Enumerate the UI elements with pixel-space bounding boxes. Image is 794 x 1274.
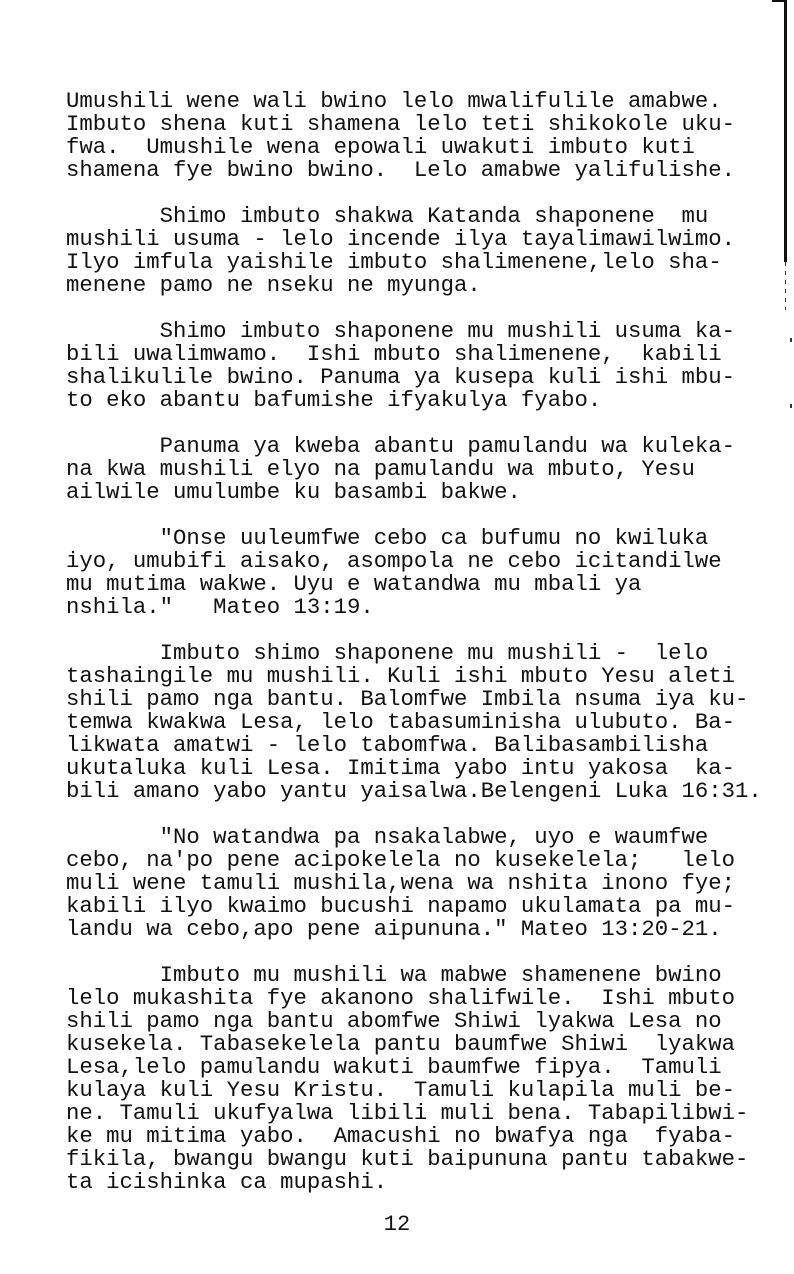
text-line: shamena fye bwino bwino. Lelo amabwe yal… [66,159,766,182]
text-line: Imbuto shimo shaponene mu mushili - lelo [66,642,766,665]
text-line: kusekela. Tabasekelela pantu baumfwe Shi… [66,1033,766,1056]
text-line: Umushili wene wali bwino lelo mwalifulil… [66,90,766,113]
text-line: na kwa mushili elyo na pamulandu wa mbut… [66,458,766,481]
text-line: to eko abantu bafumishe ifyakulya fyabo. [66,389,766,412]
page-edge-line [784,0,787,262]
text-line: muli wene tamuli mushila,wena wa nshita … [66,872,766,895]
text-line: Panuma ya kweba abantu pamulandu wa kule… [66,435,766,458]
paragraph: Shimo imbuto shaponene mu mushili usuma … [66,320,766,412]
text-line: menene pamo ne nseku ne myunga. [66,274,766,297]
text-line: ailwile umulumbe ku basambi bakwe. [66,481,766,504]
text-line: Imbuto shena kuti shamena lelo teti shik… [66,113,766,136]
text-line: lelo mukashita fye akanono shalifwile. I… [66,987,766,1010]
text-line: ke mu mitima yabo. Amacushi no bwafya ng… [66,1125,766,1148]
text-line: ukutaluka kuli Lesa. Imitima yabo intu y… [66,757,766,780]
text-line: "No watandwa pa nsakalabwe, uyo e waumfw… [66,826,766,849]
text-line: kulaya kuli Yesu Kristu. Tamuli kulapila… [66,1079,766,1102]
text-line: shili pamo nga bantu. Balomfwe Imbila ns… [66,688,766,711]
text-line: cebo, na'po pene acipokelela no kusekele… [66,849,766,872]
margin-mark [790,404,792,408]
paragraph: Imbuto mu mushili wa mabwe shamenene bwi… [66,964,766,1194]
text-line: iyo, umubifi aisako, asompola ne cebo ic… [66,550,766,573]
text-line: shili pamo nga bantu abomfwe Shiwi lyakw… [66,1010,766,1033]
text-line: shalikulile bwino. Panuma ya kusepa kuli… [66,366,766,389]
text-line: ne. Tamuli ukufyalwa libili muli bena. T… [66,1102,766,1125]
text-line: likwata amatwi - lelo tabomfwa. Balibasa… [66,734,766,757]
text-line: Imbuto mu mushili wa mabwe shamenene bwi… [66,964,766,987]
text-line: mu mutima wakwe. Uyu e watandwa mu mbali… [66,573,766,596]
paragraph: Umushili wene wali bwino lelo mwalifulil… [66,90,766,182]
page-body: Umushili wene wali bwino lelo mwalifulil… [66,90,766,1217]
page-edge-fade [785,262,786,310]
text-line: "Onse uuleumfwe cebo ca bufumu no kwiluk… [66,527,766,550]
text-line: landu wa cebo,apo pene aipununa." Mateo … [66,918,766,941]
paragraph: "Onse uuleumfwe cebo ca bufumu no kwiluk… [66,527,766,619]
text-line: bili uwalimwamo. Ishi mbuto shalimenene,… [66,343,766,366]
text-line: temwa kwakwa Lesa, lelo tabasuminisha ul… [66,711,766,734]
text-line: Lesa,lelo pamulandu wakuti baumfwe fipya… [66,1056,766,1079]
text-line: fikila, bwangu bwangu kuti baipununa pan… [66,1148,766,1171]
page-edge-tick [772,0,786,2]
text-line: kabili ilyo kwaimo bucushi napamo ukulam… [66,895,766,918]
paragraph: Panuma ya kweba abantu pamulandu wa kule… [66,435,766,504]
text-line: Shimo imbuto shakwa Katanda shaponene mu [66,205,766,228]
margin-mark [790,338,792,342]
paragraph: "No watandwa pa nsakalabwe, uyo e waumfw… [66,826,766,941]
text-line: fwa. Umushile wena epowali uwakuti imbut… [66,136,766,159]
page-number: 12 [0,1214,794,1236]
paragraph: Shimo imbuto shakwa Katanda shaponene mu… [66,205,766,297]
text-line: mushili usuma - lelo incende ilya tayali… [66,228,766,251]
text-line: ta icishinka ca mupashi. [66,1171,766,1194]
text-line: bili amano yabo yantu yaisalwa.Belengeni… [66,780,766,803]
text-line: nshila." Mateo 13:19. [66,596,766,619]
text-line: tashaingile mu mushili. Kuli ishi mbuto … [66,665,766,688]
paragraph: Imbuto shimo shaponene mu mushili - lelo… [66,642,766,803]
text-line: Ilyo imfula yaishile imbuto shalimenene,… [66,251,766,274]
text-line: Shimo imbuto shaponene mu mushili usuma … [66,320,766,343]
